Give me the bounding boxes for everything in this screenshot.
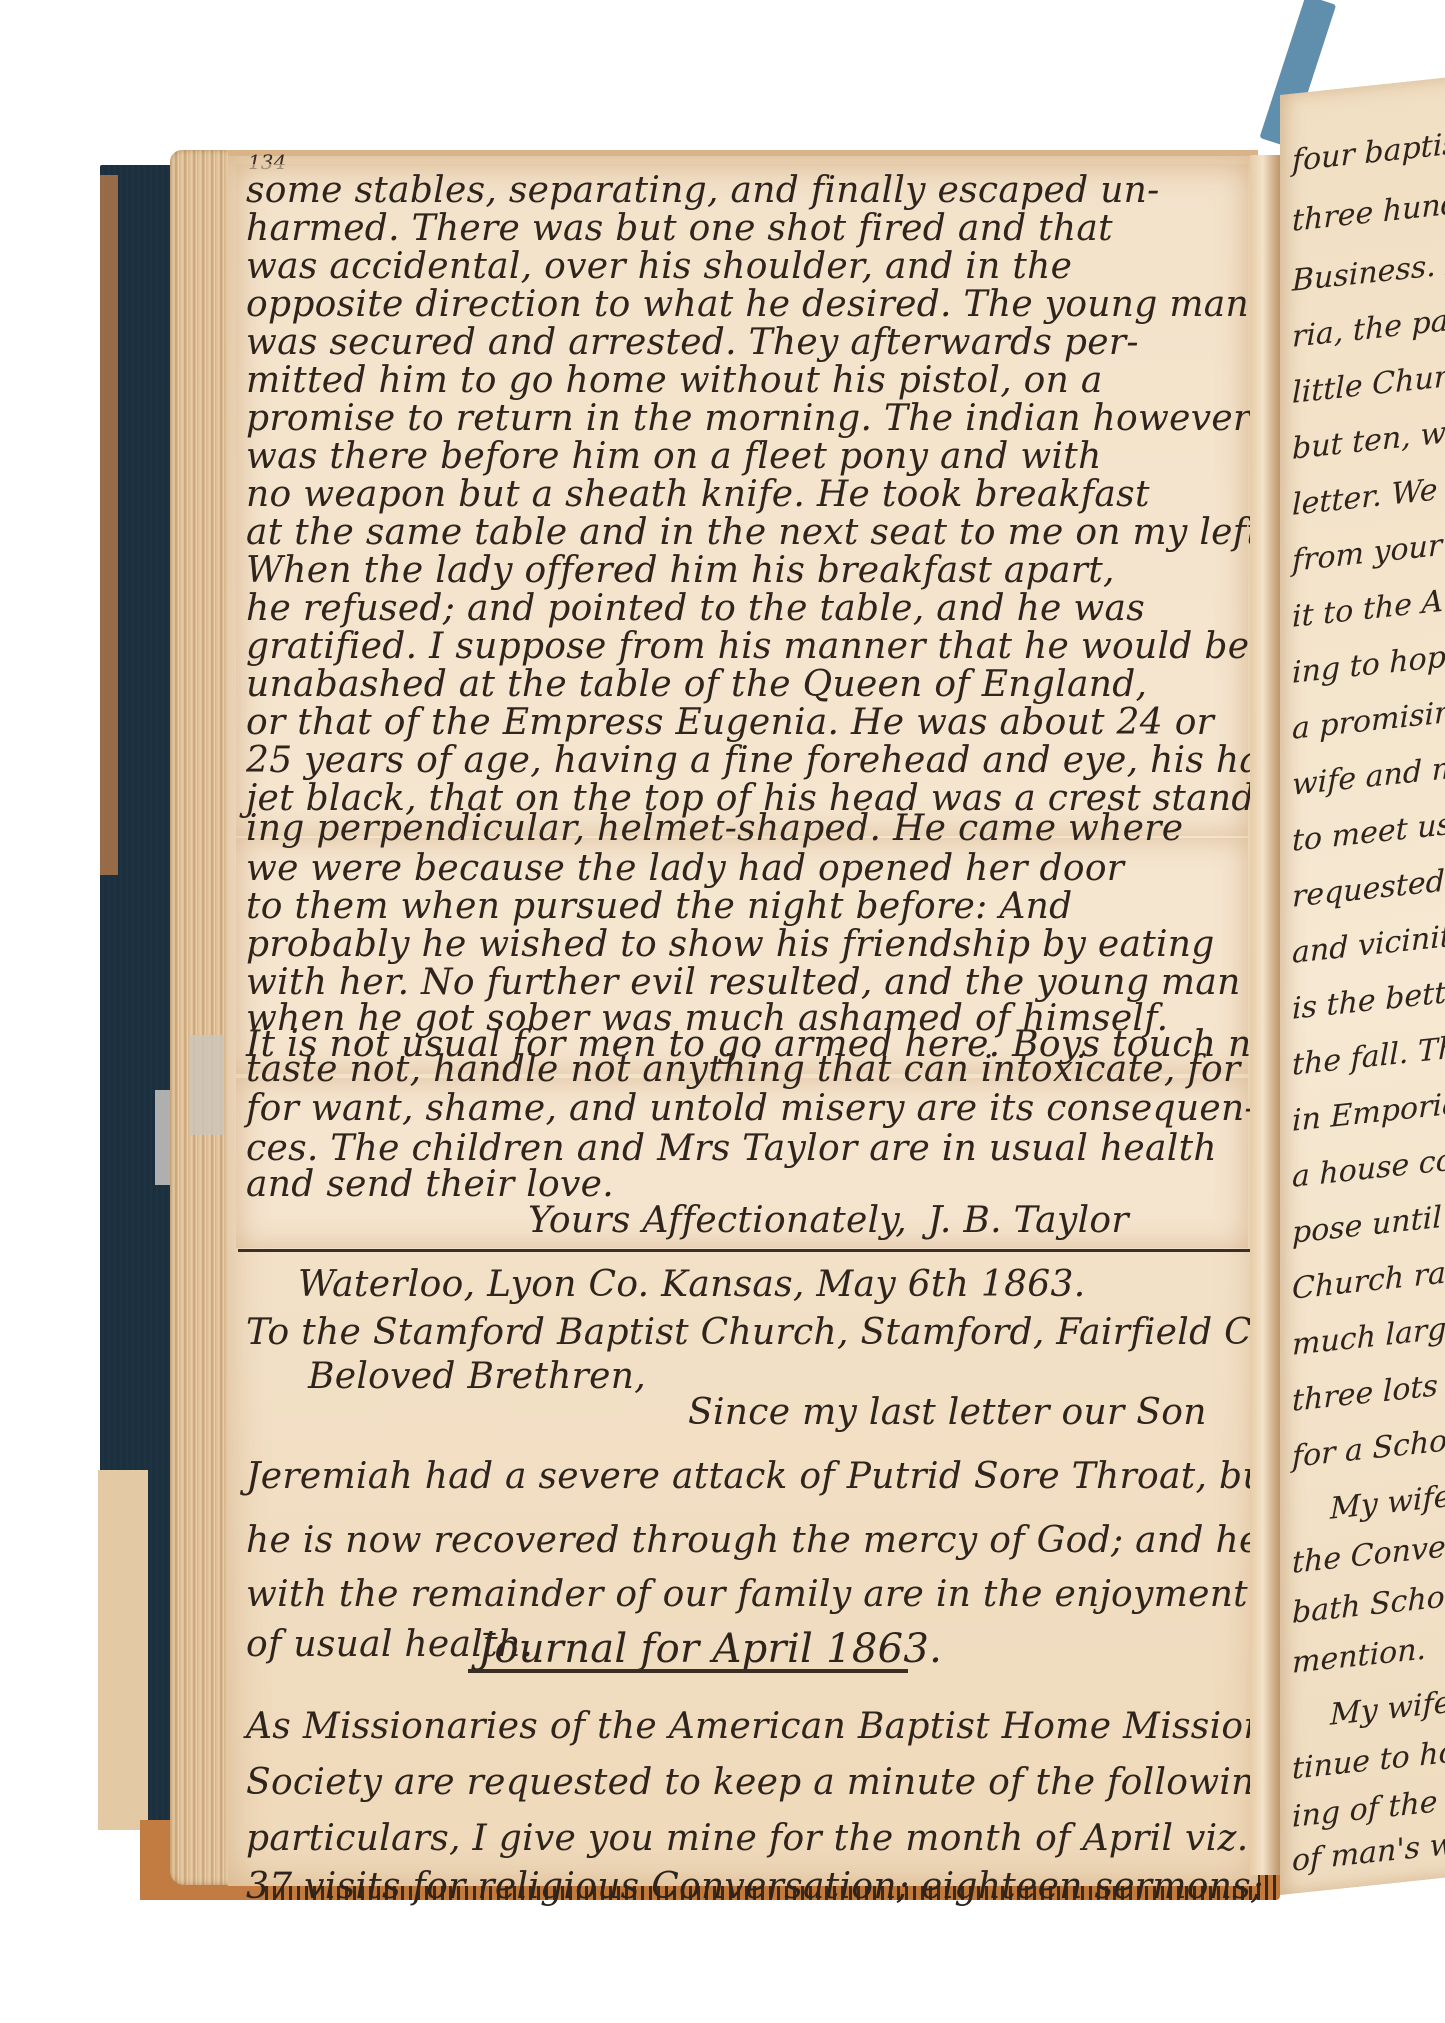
text-fragment: Church raised up <box>1292 1244 1445 1307</box>
text-fragment: a house costing <box>1292 1135 1445 1195</box>
addressee: To the Stamford Baptist Church, Stamford… <box>246 1312 1382 1353</box>
text-fragment: little Church ther <box>1292 348 1445 411</box>
text-line: we were because the lady had opened her … <box>246 848 1124 889</box>
text-line: unabashed at the table of the Queen of E… <box>246 664 1147 705</box>
text-line: 37 visits for religious Conversation; ei… <box>246 1866 1263 1907</box>
right-page: four baptisms; three hundred a Business.… <box>1280 74 1445 1895</box>
text-fragment: requested to be <box>1292 855 1445 915</box>
salutation: Beloved Brethren, <box>308 1356 646 1397</box>
text-fragment: and vicinity, w <box>1292 913 1445 971</box>
text-line: to them when pursued the night before: A… <box>246 886 1072 927</box>
text-line: was there before him on a fleet pony and… <box>246 436 1102 477</box>
text-fragment: the Conversion o <box>1292 1519 1445 1581</box>
text-fragment: Business. I hap <box>1292 239 1445 298</box>
dateline: Waterloo, Lyon Co. Kansas, May 6th 1863. <box>298 1264 1085 1305</box>
text-line: gratified. I suppose from his manner tha… <box>246 626 1249 667</box>
text-fragment: but ten, with the <box>1292 405 1445 467</box>
text-line: no weapon but a sheath knife. He took br… <box>246 474 1150 515</box>
text-fragment: ing to hope that <box>1292 630 1445 690</box>
text-fragment: from your belov <box>1292 518 1445 578</box>
closing: Yours Affectionately, <box>528 1200 907 1241</box>
text-fragment: four baptisms; <box>1292 121 1445 179</box>
text-line: with her. No further evil resulted, and … <box>246 962 1241 1003</box>
text-line: Jeremiah had a severe attack of Putrid S… <box>246 1456 1281 1497</box>
text-line: was secured and arrested. They afterward… <box>246 322 1139 363</box>
text-fragment: wife and my se <box>1292 744 1445 803</box>
text-fragment: a promising tow <box>1292 686 1445 747</box>
text-line: As Missionaries of the American Baptist … <box>246 1706 1267 1747</box>
text-line: some stables, separating, and finally es… <box>246 170 1160 211</box>
signature: J. B. Taylor <box>928 1200 1129 1241</box>
text-line: 25 years of age, having a fine forehead … <box>246 740 1291 781</box>
text-line: and send their love. <box>246 1164 614 1205</box>
text-line: taste not, handle not anything that can … <box>246 1049 1241 1090</box>
text-fragment: it to the Army <box>1292 578 1445 635</box>
text-fragment: in Emporia and <box>1292 1079 1445 1139</box>
spine-leather-strip <box>100 175 118 875</box>
text-line: When the lady offered him his breakfast … <box>246 550 1115 591</box>
journal-heading: Journal for April 1863. <box>478 1626 942 1672</box>
text-line: for want, shame, and untold misery are i… <box>246 1088 1257 1129</box>
text-fragment: three hundred a <box>1292 178 1445 239</box>
text-line: he refused; and pointed to the table, an… <box>246 588 1145 629</box>
text-fragment: to meet us. He <box>1292 800 1445 858</box>
text-line: was accidental, over his shoulder, and i… <box>246 246 1072 287</box>
text-line: with the remainder of our family are in … <box>246 1574 1248 1615</box>
text-fragment: My wife a <box>1330 1476 1445 1527</box>
text-line: he is now recovered through the mercy of… <box>246 1520 1261 1561</box>
text-fragment: three lots which <box>1292 1358 1445 1419</box>
text-fragment: for a School and <box>1292 1414 1445 1475</box>
text-fragment: ria, the particula <box>1292 293 1445 355</box>
text-fragment: letter. We are n <box>1292 463 1445 523</box>
text-fragment: is the better, as <box>1292 967 1445 1027</box>
text-fragment: pose until by th <box>1292 1191 1445 1251</box>
left-page: 134 some stables, separating, and finall… <box>228 150 1258 1886</box>
text-fragment: the fall. That Sc <box>1292 1022 1445 1082</box>
journal-heading-underline <box>468 1669 908 1673</box>
text-line: particulars, I give you mine for the mon… <box>246 1818 1249 1859</box>
text-line: ing perpendicular, helmet-shaped. He cam… <box>246 808 1183 849</box>
text-line: promise to return in the morning. The in… <box>246 398 1251 439</box>
text-line: probably he wished to show his friendshi… <box>246 924 1215 965</box>
repair-tape <box>190 1035 224 1135</box>
text-fragment: My wife d <box>1330 1682 1445 1733</box>
text-line: mitted him to go home without his pistol… <box>246 360 1103 401</box>
cover-endpaper-torn <box>98 1470 148 1830</box>
text-fragment: tinue to hold ou <box>1292 1726 1445 1786</box>
text-line: at the same table and in the next seat t… <box>246 512 1273 553</box>
text-fragment: much larger one <box>1292 1301 1445 1362</box>
book-gutter <box>1250 155 1282 1875</box>
text-line: harmed. There was but one shot fired and… <box>246 208 1113 249</box>
letter-divider-rule <box>238 1249 1252 1252</box>
text-line: Society are requested to keep a minute o… <box>246 1762 1278 1803</box>
text-line: Since my last letter our Son <box>688 1392 1207 1433</box>
text-fragment: mention. <box>1292 1632 1426 1681</box>
text-line: or that of the Empress Eugenia. He was a… <box>246 702 1214 743</box>
text-line: opposite direction to what he desired. T… <box>246 284 1249 325</box>
text-line: ces. The children and Mrs Taylor are in … <box>246 1128 1217 1169</box>
